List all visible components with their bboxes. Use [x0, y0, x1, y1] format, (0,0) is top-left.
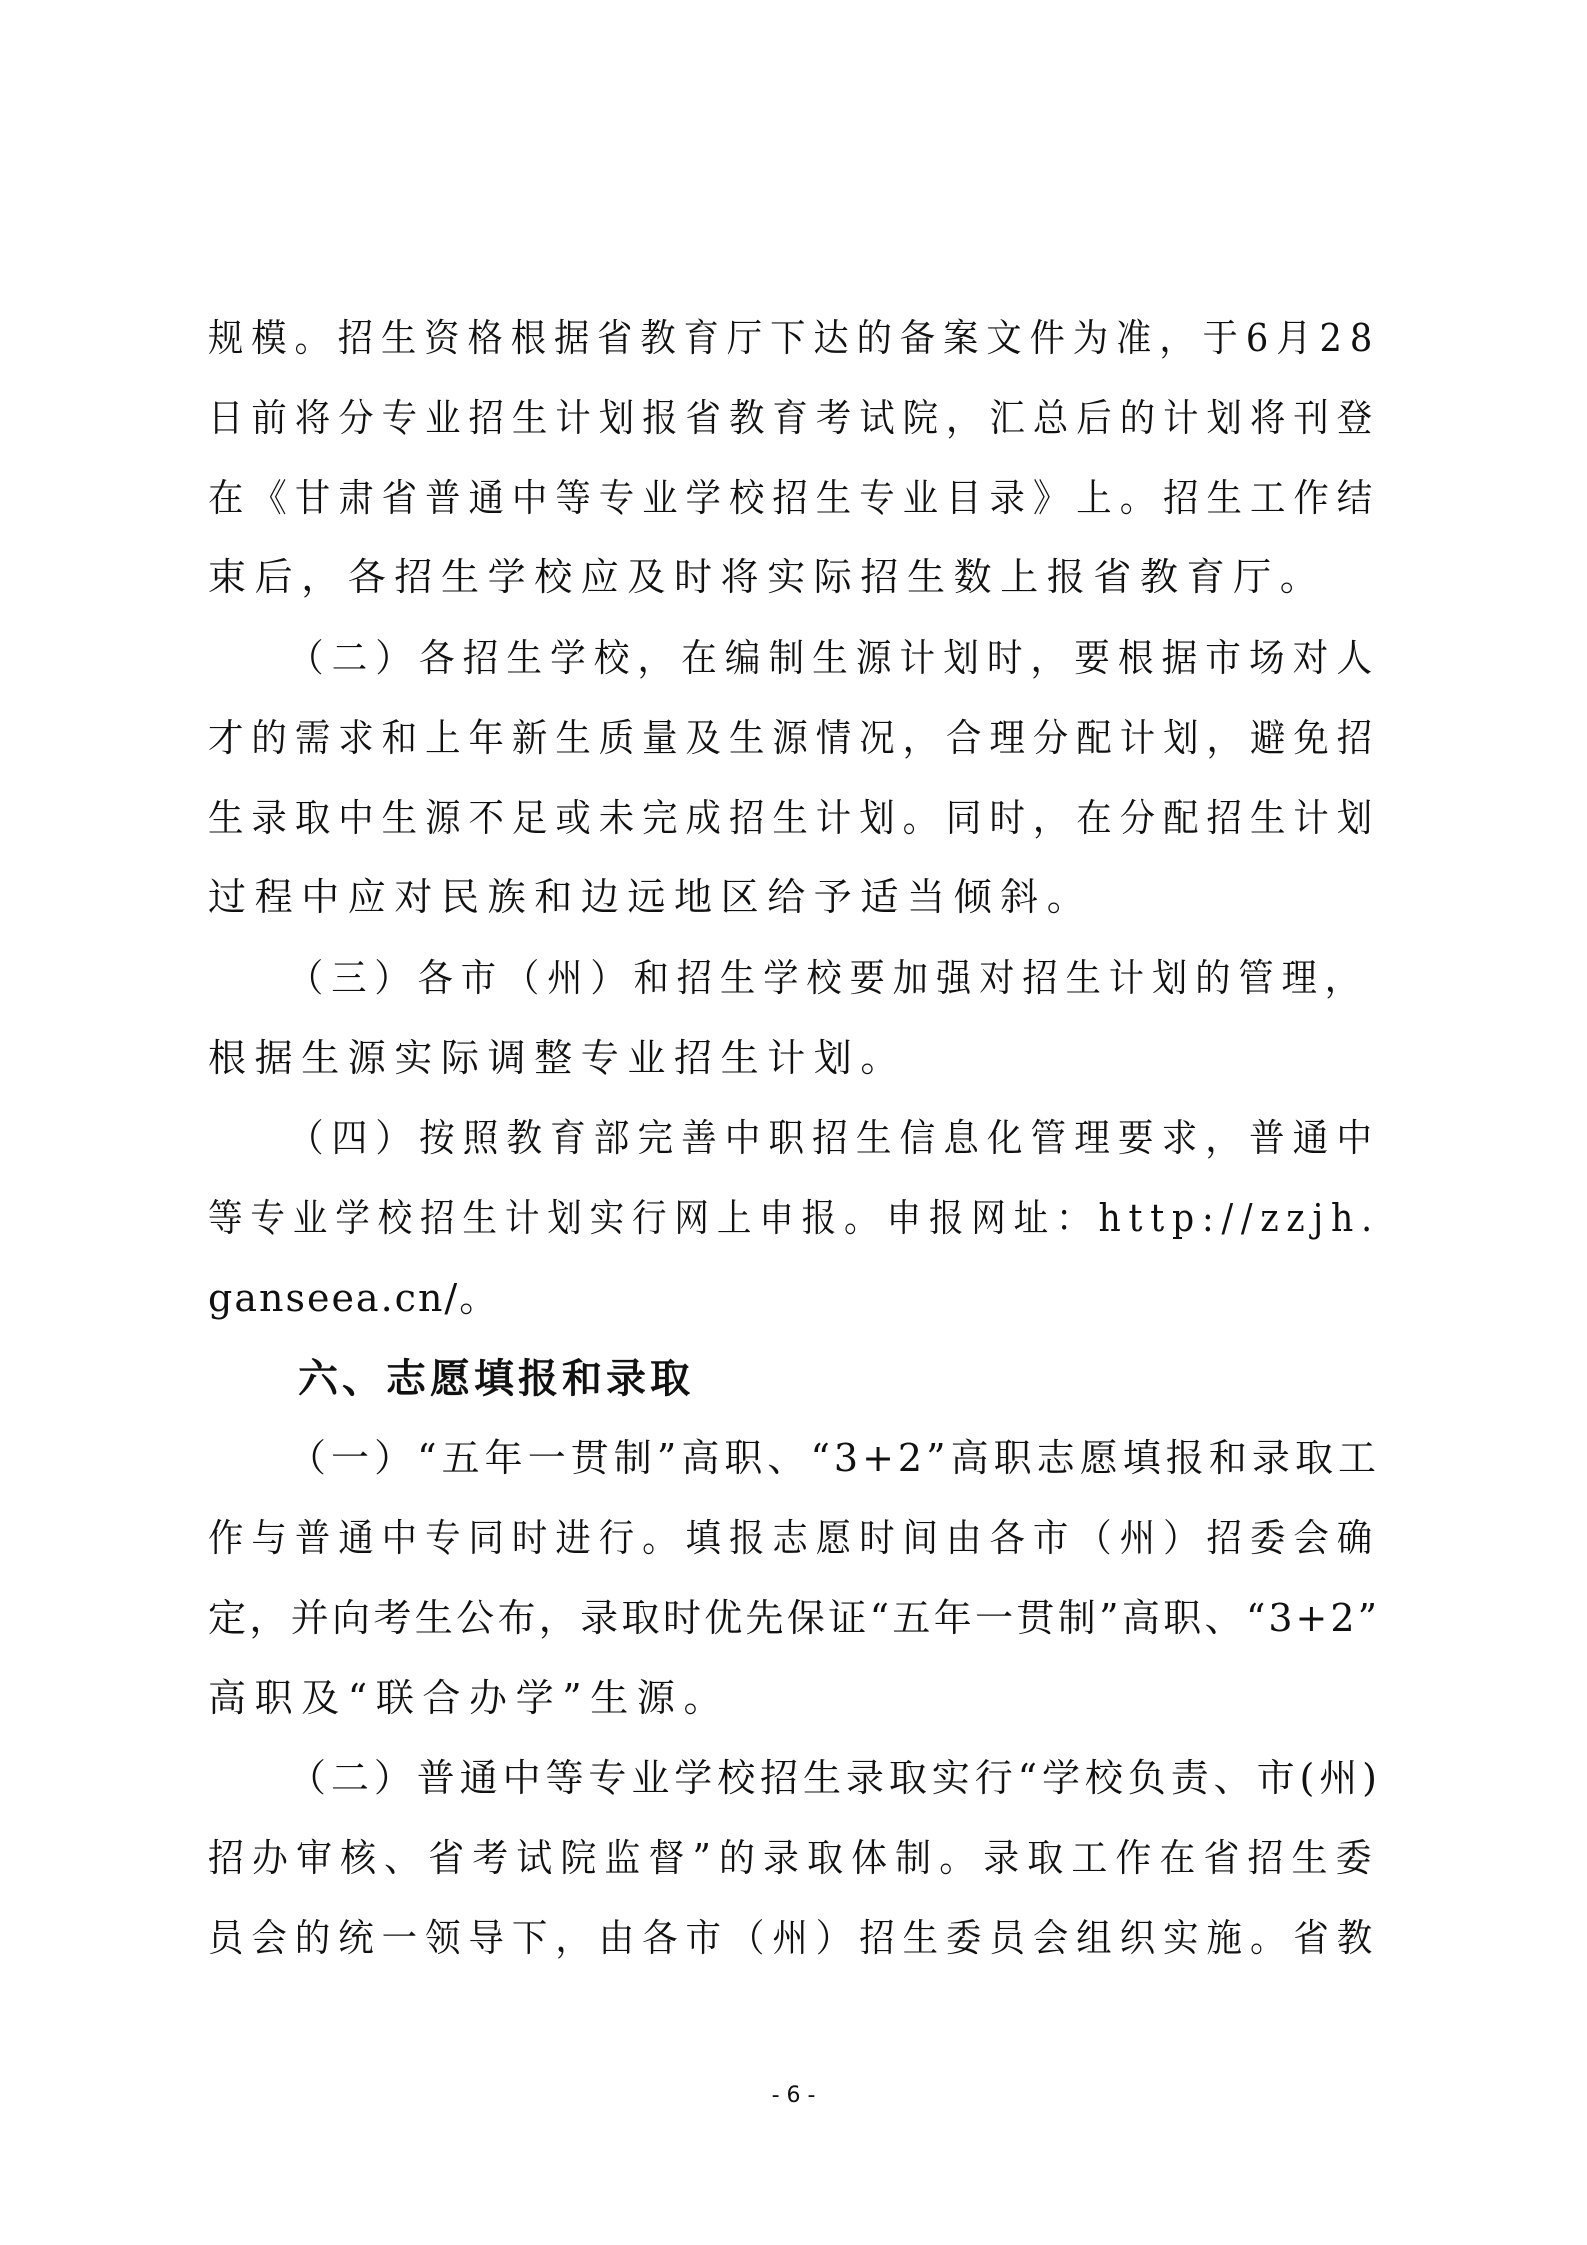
paragraph-line: 在《甘肃省普通中等专业学校招生专业目录》上。招生工作结 — [208, 474, 1300, 522]
section-heading: 六、志愿填报和录取 — [298, 1355, 694, 1403]
paragraph-line: 束后，各招生学校应及时将实际招生数上报省教育厅。 — [208, 553, 1380, 601]
paragraph-line: （二）普通中等专业学校招生录取实行“学校负责、市(州) — [288, 1754, 1380, 1802]
paragraph-line: 等专业学校招生计划实行网上申报。申报网址：http://zzjh. — [208, 1194, 1274, 1242]
paragraph-line: （三）各市（州）和招生学校要加强对招生计划的管理， — [288, 954, 1289, 1002]
paragraph-line: 才的需求和上年新生质量及生源情况，合理分配计划，避免招 — [208, 714, 1300, 762]
paragraph-line: 高职及“联合办学”生源。 — [208, 1674, 1380, 1722]
paragraph-line: 员会的统一领导下，由各市（州）招生委员会组织实施。省教 — [208, 1914, 1300, 1962]
paragraph-line: 规模。招生资格根据省教育厅下达的备案文件为准，于6月28 — [208, 314, 1296, 362]
paragraph-line: 定，并向考生公布，录取时优先保证“五年一贯制”高职、“3+2” — [208, 1594, 1380, 1642]
paragraph-line: 作与普通中专同时进行。填报志愿时间由各市（州）招委会确 — [208, 1514, 1300, 1562]
paragraph-line: （四）按照教育部完善中职招生信息化管理要求，普通中 — [288, 1114, 1312, 1162]
paragraph-line: 生录取中生源不足或未完成招生计划。同时，在分配招生计划 — [208, 794, 1300, 842]
paragraph-line: （二）各招生学校，在编制生源计划时，要根据市场对人 — [288, 634, 1312, 682]
url-line: ganseea.cn/。 — [208, 1274, 1380, 1322]
paragraph-line: 招办审核、省考试院监督”的录取体制。录取工作在省招生委 — [208, 1834, 1316, 1882]
paragraph-line: （一）“五年一贯制”高职、“3+2”高职志愿填报和录取工 — [288, 1434, 1380, 1482]
paragraph-line: 根据生源实际调整专业招生计划。 — [208, 1034, 1380, 1082]
page-number: - 6 - — [0, 2083, 1587, 2108]
paragraph-line: 日前将分专业招生计划报省教育考试院，汇总后的计划将刊登 — [208, 394, 1300, 442]
paragraph-line: 过程中应对民族和边远地区给予适当倾斜。 — [208, 873, 1380, 921]
document-page: 规模。招生资格根据省教育厅下达的备案文件为准，于6月28 日前将分专业招生计划报… — [0, 0, 1587, 2245]
